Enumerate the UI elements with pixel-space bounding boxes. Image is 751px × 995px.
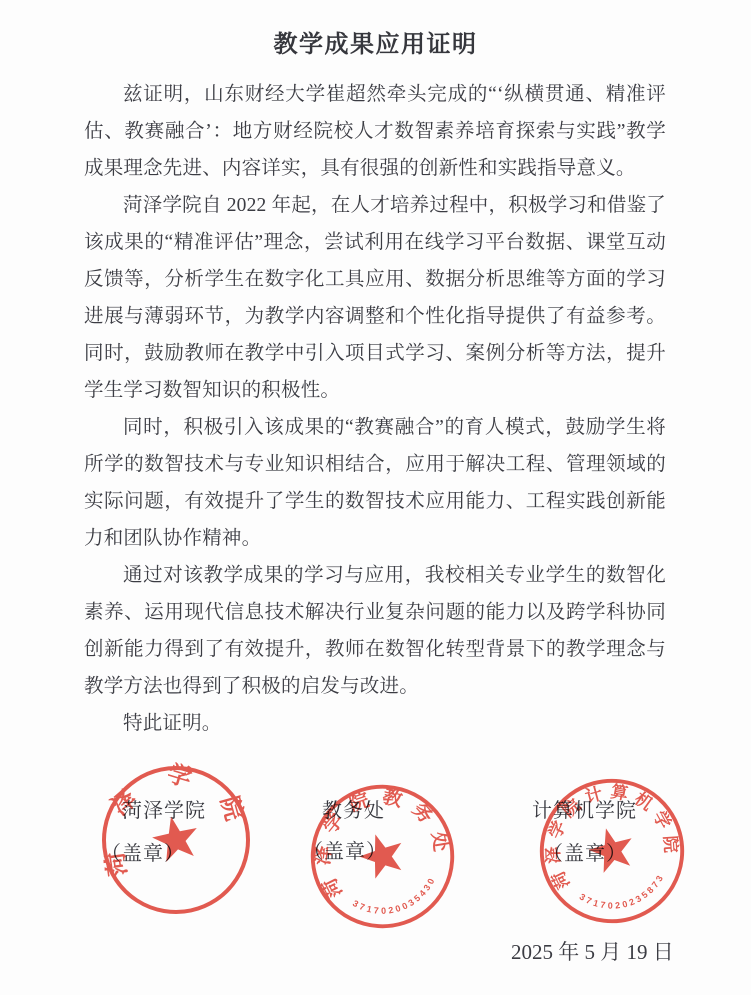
seal-star-icon — [584, 823, 638, 875]
certificate-page: 教学成果应用证明 兹证明，山东财经大学崔超然牵头完成的“‘纵横贯通、精准评估、教… — [0, 0, 751, 995]
seal-arc-text: 菏泽学院 — [96, 760, 256, 879]
paragraph-4: 通过对该教学成果的学习与应用，我校相关专业学生的数智化素养、运用现代信息技术解决… — [84, 557, 666, 705]
svg-text:菏泽学院教务处: 菏泽学院教务处 — [305, 779, 459, 903]
paragraph-2: 菏泽学院自 2022 年起，在人才培养过程中，积极学习和借鉴了该成果的“精准评估… — [84, 187, 666, 409]
issue-date: 2025 年 5 月 19 日 — [511, 936, 674, 966]
seal-number: 3717020035430 — [349, 872, 444, 927]
seal-number: 3717020235873 — [576, 870, 672, 921]
document-title: 教学成果应用证明 — [0, 24, 751, 59]
seal-arc-text: 菏泽学院教务处 — [305, 779, 459, 903]
seal-stamp-academic-affairs: 菏泽学院教务处 3717020035430 — [305, 779, 460, 934]
paragraph-1: 兹证明，山东财经大学崔超然牵头完成的“‘纵横贯通、精准评估、教赛融合’：地方财经… — [84, 76, 666, 187]
svg-text:3717020035430: 3717020035430 — [349, 872, 444, 927]
document-body: 兹证明，山东财经大学崔超然牵头完成的“‘纵横贯通、精准评估、教赛融合’：地方财经… — [84, 76, 666, 742]
paragraph-3: 同时，积极引入该成果的“教赛融合”的育人模式，鼓励学生将所学的数智技术与专业知识… — [84, 409, 666, 557]
svg-text:3717020235873: 3717020235873 — [576, 870, 672, 921]
svg-text:菏泽学院: 菏泽学院 — [96, 760, 256, 879]
seal-star-icon — [354, 828, 409, 882]
seal-star-icon — [149, 812, 203, 864]
closing-phrase: 特此证明。 — [84, 705, 666, 742]
seal-stamp-computer-school: 菏泽学院计算机学院 3717020235873 — [534, 773, 690, 929]
seal-stamp-heze-university: 菏泽学院 — [96, 760, 256, 920]
